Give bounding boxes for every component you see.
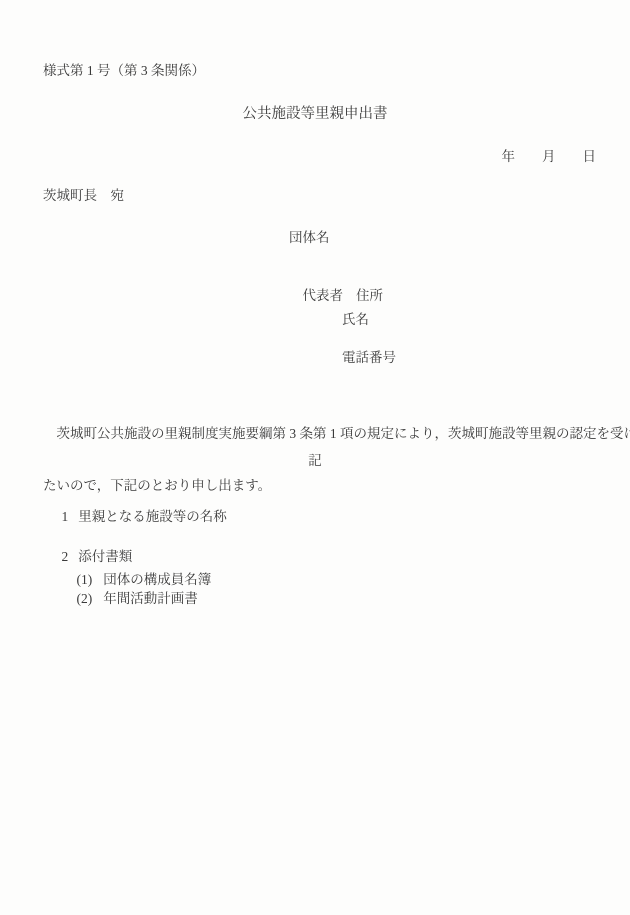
org-name-label: 団体名 — [289, 230, 330, 246]
address-label: 住所 — [356, 288, 383, 303]
list-item-1-number: 1 — [62, 509, 69, 524]
representative-label: 代表者 — [303, 288, 344, 303]
form-number: 様式第 1 号（第 3 条関係） — [43, 63, 205, 79]
body-line-1: 茨城町公共施設の里親制度実施要綱第 3 条第 1 項の規定により，茨城町施設等里… — [43, 424, 630, 444]
name-label: 氏名 — [342, 312, 369, 328]
record-marker: 記 — [0, 453, 630, 469]
list-item-1-label: 里親となる施設等の名称 — [78, 509, 227, 524]
document-page: 様式第 1 号（第 3 条関係） 公共施設等里親申出書 年 月 日 茨城町長 宛… — [0, 0, 630, 915]
list-subitem-2-number: (2) — [77, 591, 93, 606]
phone-label: 電話番号 — [342, 350, 396, 366]
list-subitem-2-label: 年間活動計画書 — [103, 591, 198, 606]
document-title: 公共施設等里親申出書 — [0, 106, 630, 122]
addressee-line: 茨城町長 宛 — [43, 188, 124, 204]
date-line: 年 月 日 — [502, 149, 597, 165]
list-subitem-2: (2)年間活動計画書 — [63, 575, 198, 623]
